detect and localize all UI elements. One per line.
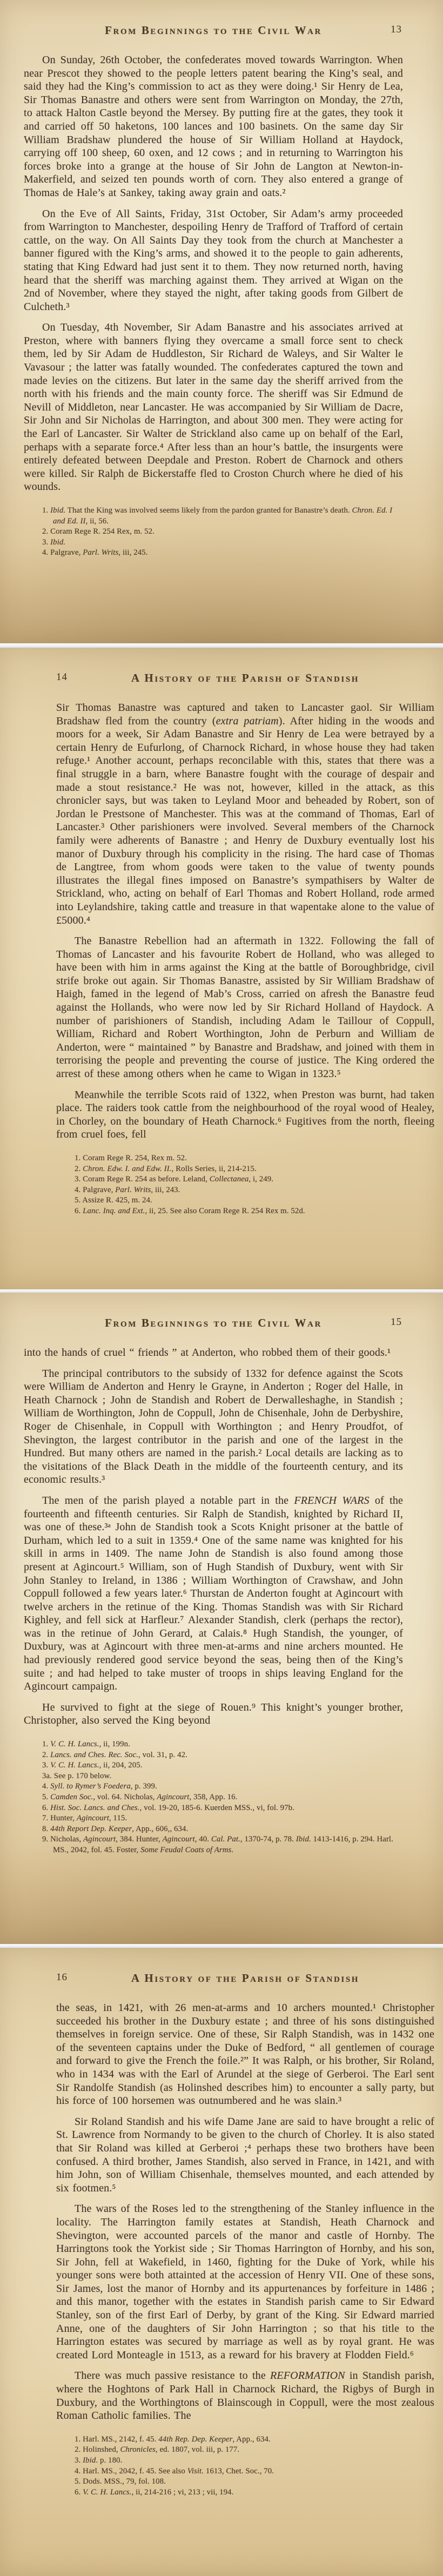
footnote-text: Harl. MS., 2142, f. 45. 44th Rep. Dep. K… [83,2435,271,2444]
footnote: 3. Ibid. [42,537,403,548]
footnote: 1. Ibid. That the King was involved seem… [42,506,403,527]
footnote-text: Hist. Soc. Lancs. and Ches., vol. 19-20,… [50,1804,294,1812]
footnote-number: 5. [75,2477,80,2486]
footnote-text: Lancs. and Ches. Rec. Soc., vol. 31, p. … [50,1751,187,1759]
footnote-text: Nicholas, Agincourt, 384. Hunter, Aginco… [50,1835,393,1854]
page-header: 14 A History of the Parish of Standish [56,670,434,687]
footnote-number: 6. [75,1207,80,1215]
footnote-number: 3. [75,2456,80,2465]
footnote-text: V. C. H. Lancs., ii, 199n. [50,1740,130,1748]
footnote-text: 44th Report Dep. Keeper, App., 606,, 634… [50,1825,188,1833]
footnote-number: 2. [42,527,48,536]
footnote: 6. V. C. H. Lancs., ii, 214-216 ; vi, 21… [75,2487,434,2498]
footnote: 4. Syll. to Rymer’s Foedera, p. 399. [42,1781,403,1792]
footnote: 6. Hist. Soc. Lancs. and Ches., vol. 19-… [42,1803,403,1814]
footnote-text: Coram Rege R. 254, Rex m. 52. [83,1154,187,1162]
page-header: 16 A History of the Parish of Standish [56,1970,434,1987]
body-paragraph: On the Eve of All Saints, Friday, 31st O… [24,207,403,314]
footnote-text: V. C. H. Lancs., ii, 214-216 ; vi, 213 ;… [83,2488,233,2497]
footnote: 4. Palgrave, Parl. Writs, iii, 243. [75,1185,434,1196]
page-body: into the hands of cruel “ friends ” at A… [24,1346,403,1727]
footnote: 1. Coram Rege R. 254, Rex m. 52. [75,1153,434,1164]
footnote-number: 6. [42,1804,48,1812]
body-paragraph: The Banastre Rebellion had an aftermath … [56,934,434,1081]
footnotes: 1. Coram Rege R. 254, Rex m. 52. 2. Chro… [56,1153,434,1217]
footnote-number: 4. [75,2467,80,2476]
footnotes: 1. Harl. MS., 2142, f. 45. 44th Rep. Dep… [56,2434,434,2498]
footnote-text: Camden Soc., vol. 64. Nicholas, Agincour… [50,1793,237,1801]
body-paragraph: Sir Thomas Banastre was captured and tak… [56,701,434,927]
body-paragraph: The wars of the Roses led to the strengt… [56,2202,434,2362]
page-gap [0,643,443,648]
footnote-number: 8. [42,1825,48,1833]
footnote-text: V. C. H. Lancs., ii, 204, 205. [50,1761,142,1770]
running-title: A History of the Parish of Standish [56,670,434,685]
footnote: 4. Palgrave, Parl. Writs, iii, 245. [42,548,403,559]
footnote: 5. Assize R. 425, m. 24. [75,1195,434,1206]
body-paragraph: The men of the parish played a notable p… [24,1494,403,1693]
body-paragraph: the seas, in 1421, with 26 men-at-arms a… [56,2001,434,2108]
footnote-text: Lanc. Inq. and Ext., ii, 25. See also Co… [83,1207,305,1215]
footnote-text: Harl. MS., 2042, f. 45. See also Visit. … [83,2467,274,2476]
book-page-16: 16 A History of the Parish of Standish t… [0,1948,443,2576]
book-page-15: 15 From Beginnings to the Civil War into… [0,1293,443,1944]
footnote-number: 2. [75,1165,80,1173]
footnote: 3. V. C. H. Lancs., ii, 204, 205. [42,1760,403,1771]
footnote: 1. Harl. MS., 2142, f. 45. 44th Rep. Dep… [75,2434,434,2445]
footnote-text: Holinshed, Chronicles, ed. 1807, vol. ii… [83,2445,239,2454]
footnote-number: 1. [75,1154,80,1162]
body-paragraph: into the hands of cruel “ friends ” at A… [24,1346,403,1360]
body-paragraph: He survived to fight at the siege of Rou… [24,1701,403,1727]
footnote-number: 2. [42,1751,48,1759]
page-number: 16 [56,1972,68,1983]
footnote-number: 4. [42,1782,48,1791]
footnote-text: See p. 170 below. [54,1772,111,1780]
page-gap [0,1944,443,1948]
footnote-number: 3a. [42,1772,52,1780]
footnote-number: 6. [75,2488,80,2497]
scanned-book-stack: 13 From Beginnings to the Civil War On S… [0,0,443,2576]
footnote-number: 5. [75,1196,80,1205]
running-title: A History of the Parish of Standish [56,1970,434,1986]
footnote-number: 3. [42,538,48,547]
running-title: From Beginnings to the Civil War [24,23,403,38]
footnote-text: Palgrave, Parl. Writs, iii, 245. [50,548,147,557]
footnote: 3. Ibid. p. 180. [75,2456,434,2466]
page-number: 15 [391,1316,402,1328]
footnote: 5. Dods. MSS., 79, fol. 108. [75,2477,434,2487]
page-body: the seas, in 1421, with 26 men-at-arms a… [56,2001,434,2423]
book-page-14: 14 A History of the Parish of Standish S… [0,648,443,1289]
footnote: 2. Lancs. and Ches. Rec. Soc., vol. 31, … [42,1750,403,1761]
footnote: 6. Lanc. Inq. and Ext., ii, 25. See also… [75,1206,434,1217]
footnote-number: 3. [75,1175,80,1183]
body-paragraph: On Sunday, 26th October, the confederate… [24,53,403,200]
footnote-number: 3. [42,1761,48,1770]
footnote-number: 1. [42,506,48,515]
page-header: 13 From Beginnings to the Civil War [24,23,403,39]
footnotes: 1. Ibid. That the King was involved seem… [24,506,403,559]
footnote-text: Ibid. p. 180. [83,2456,122,2465]
footnote-text: Hunter, Agincourt, 115. [50,1814,127,1822]
footnote-number: 5. [42,1793,48,1801]
footnote-text: Ibid. [50,538,65,547]
footnote-number: 4. [42,548,48,557]
footnote-number: 4. [75,1186,80,1194]
page-number: 13 [391,24,402,36]
footnote-number: 1. [42,1740,48,1748]
page-header: 15 From Beginnings to the Civil War [24,1315,403,1331]
footnote-text: Palgrave, Parl. Writs, iii, 243. [83,1186,180,1194]
footnote: 3a. See p. 170 below. [42,1771,403,1782]
body-paragraph: The principal contributors to the subsid… [24,1367,403,1487]
footnote-text: Coram Rege R. 254 as before. Leland, Col… [83,1175,273,1183]
footnote: 2. Holinshed, Chronicles, ed. 1807, vol.… [75,2445,434,2456]
footnote: 5. Camden Soc., vol. 64. Nicholas, Aginc… [42,1792,403,1803]
footnote-number: 9. [42,1835,48,1844]
book-page-13: 13 From Beginnings to the Civil War On S… [0,0,443,643]
body-paragraph: There was much passive resistance to the… [56,2369,434,2422]
footnote: 1. V. C. H. Lancs., ii, 199n. [42,1739,403,1750]
body-paragraph: Sir Roland Standish and his wife Dame Ja… [56,2115,434,2195]
page-body: On Sunday, 26th October, the confederate… [24,53,403,494]
footnotes: 1. V. C. H. Lancs., ii, 199n. 2. Lancs. … [24,1739,403,1856]
footnote-number: 2. [75,2445,80,2454]
page-number: 14 [56,671,68,683]
footnote-number: 1. [75,2435,80,2444]
footnote: 4. Harl. MS., 2042, f. 45. See also Visi… [75,2466,434,2477]
footnote: 3. Coram Rege R. 254 as before. Leland, … [75,1174,434,1185]
body-paragraph: Meanwhile the terrible Scots raid of 132… [56,1088,434,1141]
footnote-text: Syll. to Rymer’s Foedera, p. 399. [50,1782,157,1791]
footnote-text: Dods. MSS., 79, fol. 108. [83,2477,166,2486]
footnote-number: 7. [42,1814,48,1822]
footnote: 2. Chron. Edw. I. and Edw. II., Rolls Se… [75,1164,434,1175]
footnote-text: Coram Rege R. 254 Rex, m. 52. [50,527,155,536]
footnote-text: Assize R. 425, m. 24. [82,1196,152,1205]
footnote-text: Chron. Edw. I. and Edw. II., Rolls Serie… [83,1165,257,1173]
body-paragraph: On Tuesday, 4th November, Sir Adam Banas… [24,321,403,494]
footnote: 9. Nicholas, Agincourt, 384. Hunter, Agi… [42,1834,403,1855]
page-body: Sir Thomas Banastre was captured and tak… [56,701,434,1141]
footnote: 2. Coram Rege R. 254 Rex, m. 52. [42,527,403,537]
footnote: 7. Hunter, Agincourt, 115. [42,1813,403,1824]
footnote: 8. 44th Report Dep. Keeper, App., 606,, … [42,1824,403,1835]
running-title: From Beginnings to the Civil War [24,1315,403,1330]
footnote-text: Ibid. That the King was involved seems l… [50,506,392,526]
